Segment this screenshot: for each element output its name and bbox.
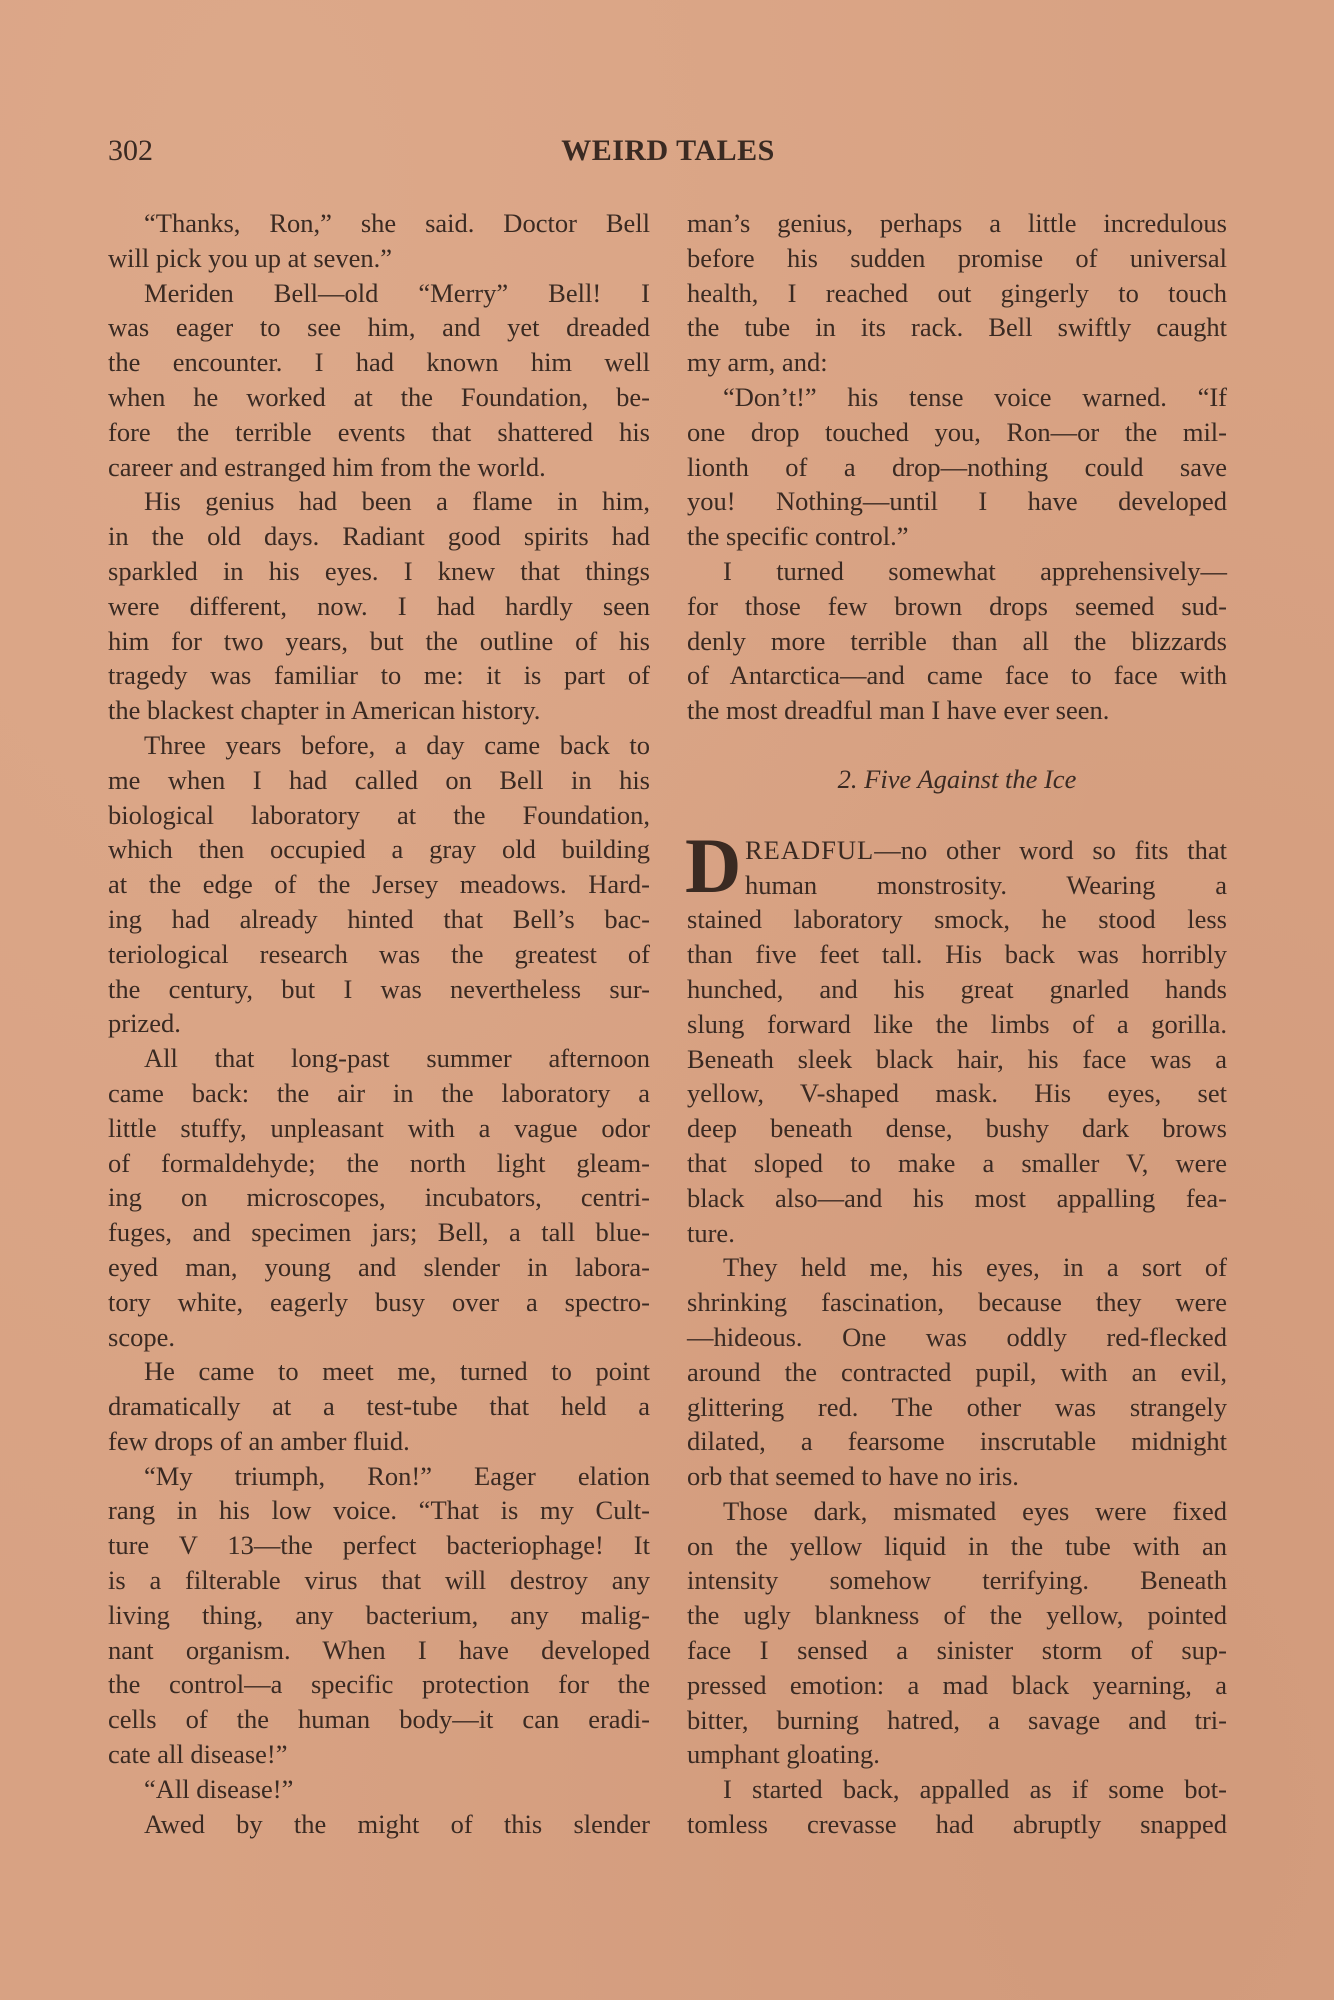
text-line: scope. [108, 1320, 650, 1355]
text-line: hunched, and his great gnarled hands [687, 972, 1227, 1007]
right-column-bottom: stained laboratory smock, he stood lesst… [687, 902, 1227, 1842]
text-line: the tube in its rack. Bell swiftly caugh… [687, 310, 1227, 345]
text-line: dramatically at a test-tube that held a [108, 1389, 650, 1424]
text-line: eyed man, young and slender in labora- [108, 1250, 650, 1285]
text-line: around the contracted pupil, with an evi… [687, 1355, 1227, 1390]
text-line: my arm, and: [687, 345, 1227, 380]
text-line: All that long-past summer afternoon [108, 1041, 650, 1076]
text-line: slung forward like the limbs of a gorill… [687, 1007, 1227, 1042]
text-line: the control—a specific protection for th… [108, 1667, 650, 1702]
text-line: career and estranged him from the world. [108, 450, 650, 485]
text-line: face I sensed a sinister storm of sup- [687, 1633, 1227, 1668]
smallcaps-lead: READFUL [745, 835, 874, 865]
dropcap-letter: D [685, 831, 741, 901]
text-line: is a filterable virus that will destroy … [108, 1563, 650, 1598]
text-line: of Antarctica—and came face to face with [687, 658, 1227, 693]
left-column: “Thanks, Ron,” she said. Doctor Bellwill… [108, 206, 650, 1841]
page-header: 302 WEIRD TALES [108, 134, 1228, 174]
text-line: umphant gloating. [687, 1737, 1227, 1772]
text-line: biological laboratory at the Foundation, [108, 798, 650, 833]
text-line: the century, but I was nevertheless sur- [108, 972, 650, 1007]
text-line: dilated, a fearsome inscrutable midnight [687, 1424, 1227, 1459]
text-line: nant organism. When I have developed [108, 1633, 650, 1668]
text-line: Meriden Bell—old “Merry” Bell! I [108, 276, 650, 311]
text-line: tory white, eagerly busy over a spectro- [108, 1285, 650, 1320]
text-line: cells of the human body—it can eradi- [108, 1702, 650, 1737]
text-line: ing had already hinted that Bell’s bac- [108, 902, 650, 937]
text-line: sparkled in his eyes. I knew that things [108, 554, 650, 589]
text-line: Three years before, a day came back to [108, 728, 650, 763]
text-line: were different, now. I had hardly seen [108, 589, 650, 624]
text-line: man’s genius, perhaps a little incredulo… [687, 206, 1227, 241]
text-line: yellow, V-shaped mask. His eyes, set [687, 1076, 1227, 1111]
text-line: lionth of a drop—nothing could save [687, 450, 1227, 485]
text-line: the specific control.” [687, 519, 1227, 554]
magazine-page: 302 WEIRD TALES “Thanks, Ron,” she said.… [0, 0, 1334, 2000]
text-line: little stuffy, unpleasant with a vague o… [108, 1111, 650, 1146]
text-line: which then occupied a gray old building [108, 832, 650, 867]
dropcap-paragraph-start: D READFUL—no other word so fits that hum… [687, 833, 1227, 903]
text-line: They held me, his eyes, in a sort of [687, 1250, 1227, 1285]
text-line: on the yellow liquid in the tube with an [687, 1529, 1227, 1564]
text-line: His genius had been a flame in him, [108, 484, 650, 519]
text-line: one drop touched you, Ron—or the mil- [687, 415, 1227, 450]
text-line: ing on microscopes, incubators, centri- [108, 1180, 650, 1215]
dropcap-line-1-rest: —no other word so fits that [874, 835, 1227, 865]
text-line: I turned somewhat apprehensively— [687, 554, 1227, 589]
text-line: the most dreadful man I have ever seen. [687, 693, 1227, 728]
text-line: of formaldehyde; the north light gleam- [108, 1146, 650, 1181]
right-column-top: man’s genius, perhaps a little incredulo… [687, 206, 1227, 728]
text-line: you! Nothing—until I have developed [687, 484, 1227, 519]
text-line: tragedy was familiar to me: it is part o… [108, 658, 650, 693]
text-line: I started back, appalled as if some bot- [687, 1772, 1227, 1807]
text-line: than five feet tall. His back was horrib… [687, 937, 1227, 972]
text-line: intensity somehow terrifying. Beneath [687, 1563, 1227, 1598]
text-line: “Don’t!” his tense voice warned. “If [687, 380, 1227, 415]
text-line: fuges, and specimen jars; Bell, a tall b… [108, 1215, 650, 1250]
text-line: the encounter. I had known him well [108, 345, 650, 380]
text-line: rang in his low voice. “That is my Cult- [108, 1493, 650, 1528]
text-line: Beneath sleek black hair, his face was a [687, 1042, 1227, 1077]
text-line: for those few brown drops seemed sud- [687, 589, 1227, 624]
dropcap-line-1: READFUL—no other word so fits that [687, 833, 1227, 868]
text-line: was eager to see him, and yet dreaded [108, 310, 650, 345]
text-line: glittering red. The other was strangely [687, 1390, 1227, 1425]
text-line: “Thanks, Ron,” she said. Doctor Bell [108, 206, 650, 241]
text-line: bitter, burning hatred, a savage and tri… [687, 1703, 1227, 1738]
text-line: that sloped to make a smaller V, were [687, 1146, 1227, 1181]
text-line: deep beneath dense, bushy dark brows [687, 1111, 1227, 1146]
text-line: Those dark, mismated eyes were fixed [687, 1494, 1227, 1529]
text-line: “All disease!” [108, 1772, 650, 1807]
text-line: him for two years, but the outline of hi… [108, 624, 650, 659]
right-column: man’s genius, perhaps a little incredulo… [687, 206, 1227, 1842]
text-line: —hideous. One was oddly red-flecked [687, 1320, 1227, 1355]
text-line: the ugly blankness of the yellow, pointe… [687, 1598, 1227, 1633]
text-line: the blackest chapter in American history… [108, 693, 650, 728]
text-line: prized. [108, 1006, 650, 1041]
text-line: me when I had called on Bell in his [108, 763, 650, 798]
text-line: teriological research was the greatest o… [108, 937, 650, 972]
text-line: came back: the air in the laboratory a [108, 1076, 650, 1111]
text-line: cate all disease!” [108, 1737, 650, 1772]
text-line: Awed by the might of this slender [108, 1807, 650, 1842]
text-line: ture V 13—the perfect bacteriophage! It [108, 1528, 650, 1563]
text-line: stained laboratory smock, he stood less [687, 902, 1227, 937]
text-line: will pick you up at seven.” [108, 241, 650, 276]
text-line: orb that seemed to have no iris. [687, 1459, 1227, 1494]
running-head: WEIRD TALES [108, 134, 1228, 168]
text-line: black also—and his most appalling fea- [687, 1181, 1227, 1216]
text-line: living thing, any bacterium, any malig- [108, 1598, 650, 1633]
dropcap-line-2: human monstrosity. Wearing a [687, 868, 1227, 903]
text-line: “My triumph, Ron!” Eager elation [108, 1459, 650, 1494]
text-line: before his sudden promise of universal [687, 241, 1227, 276]
text-line: ture. [687, 1216, 1227, 1251]
text-line: health, I reached out gingerly to touch [687, 276, 1227, 311]
text-line: when he worked at the Foundation, be- [108, 380, 650, 415]
section-title: 2. Five Against the Ice [687, 762, 1227, 797]
text-line: tomless crevasse had abruptly snapped [687, 1807, 1227, 1842]
text-line: in the old days. Radiant good spirits ha… [108, 519, 650, 554]
text-line: pressed emotion: a mad black yearning, a [687, 1668, 1227, 1703]
text-line: He came to meet me, turned to point [108, 1354, 650, 1389]
text-line: fore the terrible events that shattered … [108, 415, 650, 450]
text-line: denly more terrible than all the blizzar… [687, 624, 1227, 659]
text-line: at the edge of the Jersey meadows. Hard- [108, 867, 650, 902]
text-line: few drops of an amber fluid. [108, 1424, 650, 1459]
text-line: shrinking fascination, because they were [687, 1285, 1227, 1320]
